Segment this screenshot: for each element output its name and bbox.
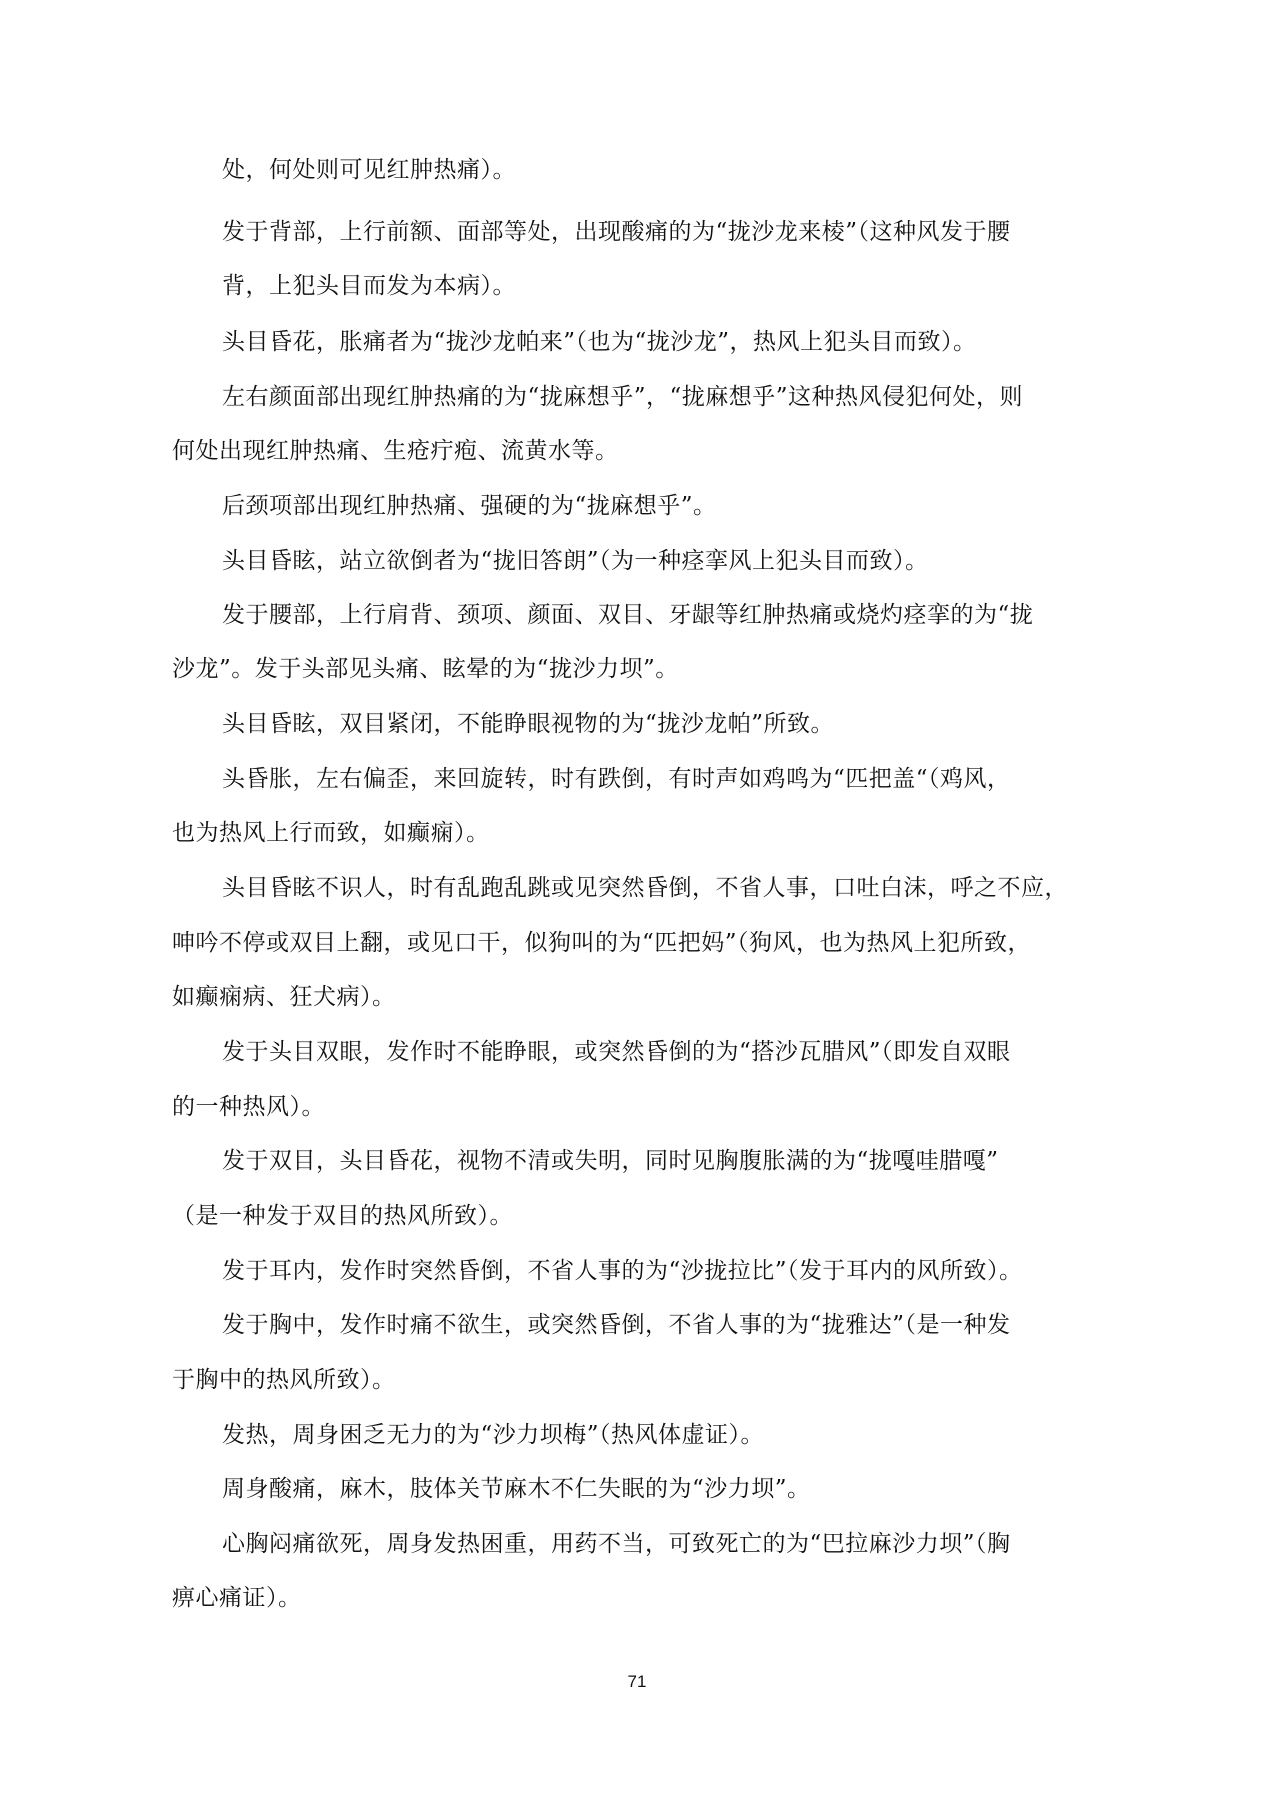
text-line: 痹心痛证）。 <box>172 1583 302 1613</box>
text-line: 沙龙”。发于头部见头痛、眩晕的为“拢沙力坝”。 <box>172 654 679 684</box>
text-line: 呻吟不停或双目上翻，或见口干，似狗叫的为“匹把妈”（狗风，也为热风上犯所致， <box>172 928 1031 958</box>
text-line: 头目昏眩，双目紧闭，不能睁眼视物的为“拢沙龙帕”所致。 <box>222 709 834 739</box>
text-line: 头目昏花，胀痛者为“拢沙龙帕来”（也为“拢沙龙”，热风上犯头目而致）。 <box>222 327 977 357</box>
text-line: 头昏胀，左右偏歪，来回旋转，时有跌倒，有时声如鸡鸣为“匹把盖“（鸡风， <box>222 764 1011 794</box>
text-line: 周身酸痛，麻木，肢体关节麻木不仁失眠的为“沙力坝”。 <box>222 1474 811 1504</box>
text-line: 头目昏眩，站立欲倒者为“拢旧答朗”（为一种痉挛风上犯头目而致）。 <box>222 546 929 576</box>
text-line: 如癫痫病、狂犬病）。 <box>172 982 396 1012</box>
page-number: 71 <box>0 1672 1274 1692</box>
text-line: 于胸中的热风所致）。 <box>172 1365 396 1395</box>
text-line: 的一种热风）。 <box>172 1092 325 1122</box>
text-line: 发于背部，上行前额、面部等处，出现酸痛的为“拢沙龙来棱”（这种风发于腰 <box>222 217 1011 247</box>
text-line: 后颈项部出现红肿热痛、强硬的为“拢麻想乎”。 <box>222 491 717 521</box>
text-line: 发热，周身困乏无力的为“沙力坝梅”（热风体虚证）。 <box>222 1420 764 1450</box>
text-line: 发于双目，头目昏花，视物不清或失明，同时见胸腹胀满的为“拢嘎哇腊嘎” <box>222 1146 999 1176</box>
text-line: 发于腰部，上行肩背、颈项、颜面、双目、牙龈等红肿热痛或烧灼痉挛的为“拢 <box>222 600 1033 630</box>
text-line: 心胸闷痛欲死，周身发热困重，用药不当，可致死亡的为“巴拉麻沙力坝”（胸 <box>222 1529 1011 1559</box>
text-line: 背，上犯头目而发为本病）。 <box>222 271 516 301</box>
document-page: 处，何处则可见红肿热痛）。发于背部，上行前额、面部等处，出现酸痛的为“拢沙龙来棱… <box>0 0 1274 1801</box>
text-line: 左右颜面部出现红肿热痛的为“拢麻想乎”，“拢麻想乎”这种热风侵犯何处，则 <box>222 382 1023 412</box>
text-line: 处，何处则可见红肿热痛）。 <box>222 155 516 185</box>
text-line: 发于耳内，发作时突然昏倒，不省人事的为“沙拢拉比”（发于耳内的风所致）。 <box>222 1256 1023 1286</box>
text-line: 发于头目双眼，发作时不能睁眼，或突然昏倒的为“搭沙瓦腊风”（即发自双眼 <box>222 1037 1011 1067</box>
text-line: 发于胸中，发作时痛不欲生，或突然昏倒，不省人事的为“拢雅达”（是一种发 <box>222 1310 1011 1340</box>
text-line: 何处出现红肿热痛、生疮疔疱、流黄水等。 <box>172 436 619 466</box>
text-line: （是一种发于双目的热风所致）。 <box>172 1201 513 1231</box>
text-line: 也为热风上行而致，如癫痫）。 <box>172 818 490 848</box>
text-line: 头目昏眩不识人，时有乱跑乱跳或见突然昏倒，不省人事，口吐白沫，呼之不应， <box>222 873 1068 903</box>
